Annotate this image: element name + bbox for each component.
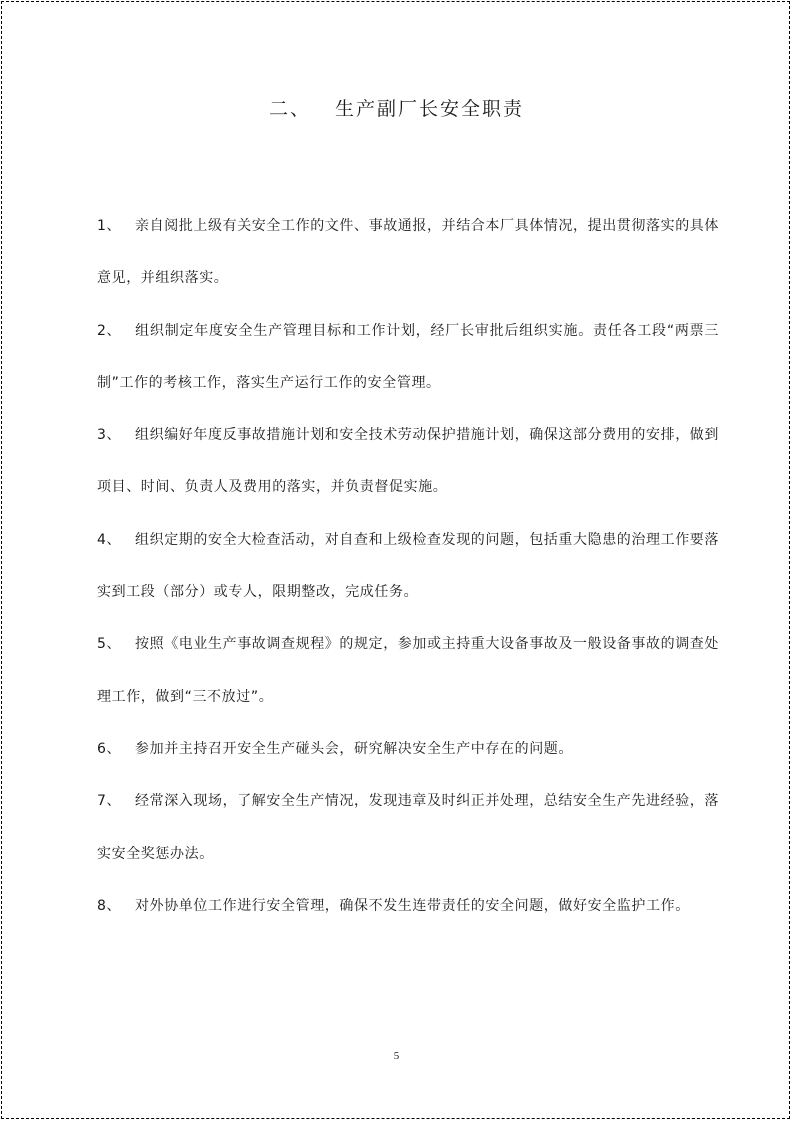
- list-item: 6、参加并主持召开安全生产碰头会，研究解决安全生产中存在的问题。: [97, 723, 719, 775]
- list-item: 4、组织定期的安全大检查活动，对自查和上级检查发现的问题，包括重大隐患的治理工作…: [97, 514, 719, 619]
- list-item: 1、亲自阅批上级有关安全工作的文件、事故通报，并结合本厂具体情况，提出贯彻落实的…: [97, 200, 719, 305]
- item-index: 6、: [97, 723, 135, 775]
- item-index: 3、: [97, 409, 135, 461]
- list-item: 5、按照《电业生产事故调查规程》的规定，参加或主持重大设备事故及一般设备事故的调…: [97, 618, 719, 723]
- list-item: 2、组织制定年度安全生产管理目标和工作计划，经厂长审批后组织实施。责任各工段“两…: [97, 305, 719, 410]
- list-item: 8、对外协单位工作进行安全管理，确保不发生连带责任的安全问题，做好安全监护工作。: [97, 880, 719, 932]
- item-index: 5、: [97, 618, 135, 670]
- item-text: 组织制定年度安全生产管理目标和工作计划，经厂长审批后组织实施。责任各工段“两票三…: [97, 323, 719, 391]
- item-text: 参加并主持召开安全生产碰头会，研究解决安全生产中存在的问题。: [135, 741, 573, 757]
- title-text: 生产副厂长安全职责: [335, 98, 524, 120]
- item-index: 7、: [97, 775, 135, 827]
- item-text: 对外协单位工作进行安全管理，确保不发生连带责任的安全问题，做好安全监护工作。: [135, 898, 690, 914]
- item-index: 1、: [97, 200, 135, 252]
- title-number: 二、: [269, 98, 311, 120]
- item-text: 按照《电业生产事故调查规程》的规定，参加或主持重大设备事故及一般设备事故的调查处…: [97, 636, 719, 704]
- item-text: 组织编好年度反事故措施计划和安全技术劳动保护措施计划，确保这部分费用的安排，做到…: [97, 427, 719, 495]
- list-item: 7、经常深入现场，了解安全生产情况，发现违章及时纠正并处理，总结安全生产先进经验…: [97, 775, 719, 880]
- item-index: 8、: [97, 880, 135, 932]
- item-index: 2、: [97, 305, 135, 357]
- item-text: 亲自阅批上级有关安全工作的文件、事故通报，并结合本厂具体情况，提出贯彻落实的具体…: [97, 218, 719, 286]
- duty-list: 1、亲自阅批上级有关安全工作的文件、事故通报，并结合本厂具体情况，提出贯彻落实的…: [97, 200, 719, 932]
- page-title: 二、生产副厂长安全职责: [0, 94, 793, 124]
- page-number: 5: [0, 1050, 793, 1062]
- item-text: 经常深入现场，了解安全生产情况，发现违章及时纠正并处理，总结安全生产先进经验，落…: [97, 793, 719, 861]
- item-text: 组织定期的安全大检查活动，对自查和上级检查发现的问题，包括重大隐患的治理工作要落…: [97, 532, 719, 600]
- item-index: 4、: [97, 514, 135, 566]
- list-item: 3、组织编好年度反事故措施计划和安全技术劳动保护措施计划，确保这部分费用的安排，…: [97, 409, 719, 514]
